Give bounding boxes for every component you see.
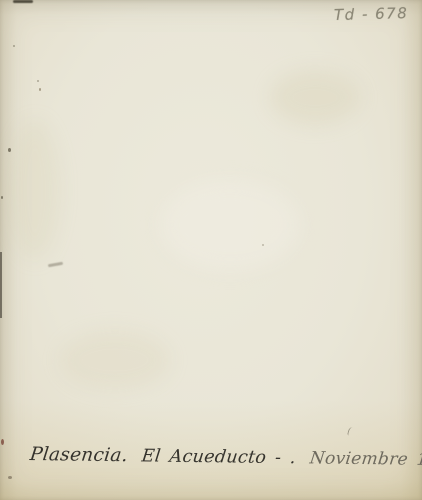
edge-ink-mark [13, 0, 33, 3]
paper-mottle [270, 70, 360, 125]
paper-mottle [160, 180, 300, 270]
left-edge-wear-line [0, 252, 2, 318]
paper-mottle [60, 330, 170, 390]
pencil-smudge [48, 262, 63, 268]
handwritten-caption: Plasencia. El Acueducto - . Noviembre 18… [29, 444, 422, 470]
pencil-tick-mark [347, 426, 355, 436]
foxing-spot [8, 148, 11, 152]
archival-code-inscription: Td - 678 [334, 4, 409, 24]
caption-date: Noviembre 1895. [309, 448, 422, 470]
foxing-spot [1, 196, 3, 199]
paper-mottle [10, 120, 60, 260]
foxing-spot [8, 476, 12, 479]
caption-subject: El Acueducto - . [141, 446, 298, 468]
foxing-spot [262, 244, 264, 246]
foxing-spot [37, 80, 39, 82]
caption-location: Plasencia. [29, 444, 129, 466]
album-page: Td - 678 Plasencia. El Acueducto - . Nov… [0, 0, 422, 500]
foxing-spot [1, 439, 4, 445]
foxing-spot [13, 45, 15, 47]
foxing-spot [39, 88, 41, 91]
